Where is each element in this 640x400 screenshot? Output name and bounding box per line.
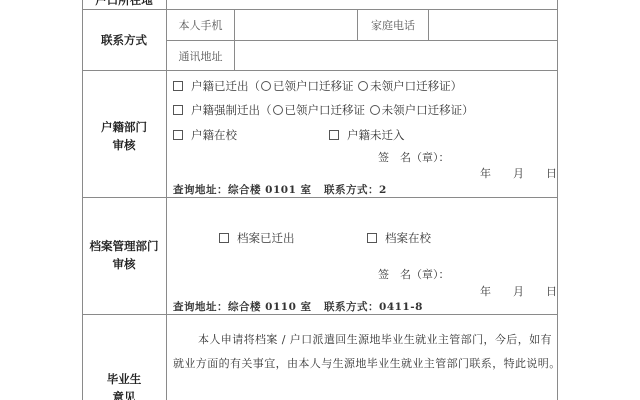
radio-icon[interactable] [358,81,368,91]
hukou-date: 年 月 日 [480,165,557,181]
hukou-query-address: 查询地址：综合楼 0101 室 联系方式：2 [173,182,387,197]
graduate-opinion-label: 毕业生 意见 [82,370,166,400]
address-label: 通讯地址 [167,48,234,64]
mobile-label: 本人手机 [167,17,234,33]
option-archive-moved-out[interactable]: 档案已迁出 [219,230,295,246]
checkbox-icon[interactable] [173,81,183,91]
checkbox-icon[interactable] [173,105,183,115]
graduate-statement-line1: 本人申请将档案 / 户口派遣回生源地毕业生就业主管部门，今后，如有 [198,331,552,347]
graduate-opinion-label-line2: 意见 [82,388,166,400]
option-hukou-moved-out[interactable]: 户籍已迁出（已领户口迁移证 未领户口迁移证） [173,78,462,94]
checkbox-icon[interactable] [173,130,183,140]
archive-query-address: 查询地址：综合楼 0110 室 联系方式：0411-8 [173,299,423,314]
row-border [82,70,558,71]
graduate-statement-line2: 就业方面的有关事宜，由本人与生源地毕业生就业主管部门联系，特此说明。 [173,355,561,371]
option-hukou-not-moved-in[interactable]: 户籍未迁入 [329,127,405,143]
archive-signature: 签 名（章）： [378,266,450,282]
hukou-location-label: 户口所在地 [82,0,166,9]
table-border-left [82,0,83,400]
checkbox-icon[interactable] [367,233,377,243]
row-border [82,314,558,315]
archive-date: 年 月 日 [480,283,557,299]
option-archive-in-school[interactable]: 档案在校 [367,230,431,246]
table-border-right [557,0,558,400]
radio-icon[interactable] [261,81,271,91]
option-hukou-in-school[interactable]: 户籍在校 [173,127,237,143]
checkbox-icon[interactable] [329,130,339,140]
archive-dept-label-line1: 档案管理部门 [82,237,166,255]
mobile-field[interactable] [235,10,357,40]
hukou-dept-label-line2: 审核 [82,136,166,154]
checkbox-icon[interactable] [219,233,229,243]
option-hukou-forced-out[interactable]: 户籍强制迁出（已领户口迁移证 未领户口迁移证） [173,102,474,118]
radio-icon[interactable] [370,105,380,115]
row-border [82,197,558,198]
home-phone-label: 家庭电话 [358,17,428,33]
hukou-dept-label-line1: 户籍部门 [82,118,166,136]
address-field[interactable] [235,41,557,70]
home-phone-field[interactable] [429,10,557,40]
contact-label: 联系方式 [82,31,166,49]
graduate-opinion-label-line1: 毕业生 [82,370,166,388]
archive-dept-label: 档案管理部门 审核 [82,237,166,273]
hukou-signature: 签 名（章）： [378,149,450,165]
archive-dept-label-line2: 审核 [82,255,166,273]
radio-icon[interactable] [273,105,283,115]
hukou-dept-label: 户籍部门 审核 [82,118,166,154]
